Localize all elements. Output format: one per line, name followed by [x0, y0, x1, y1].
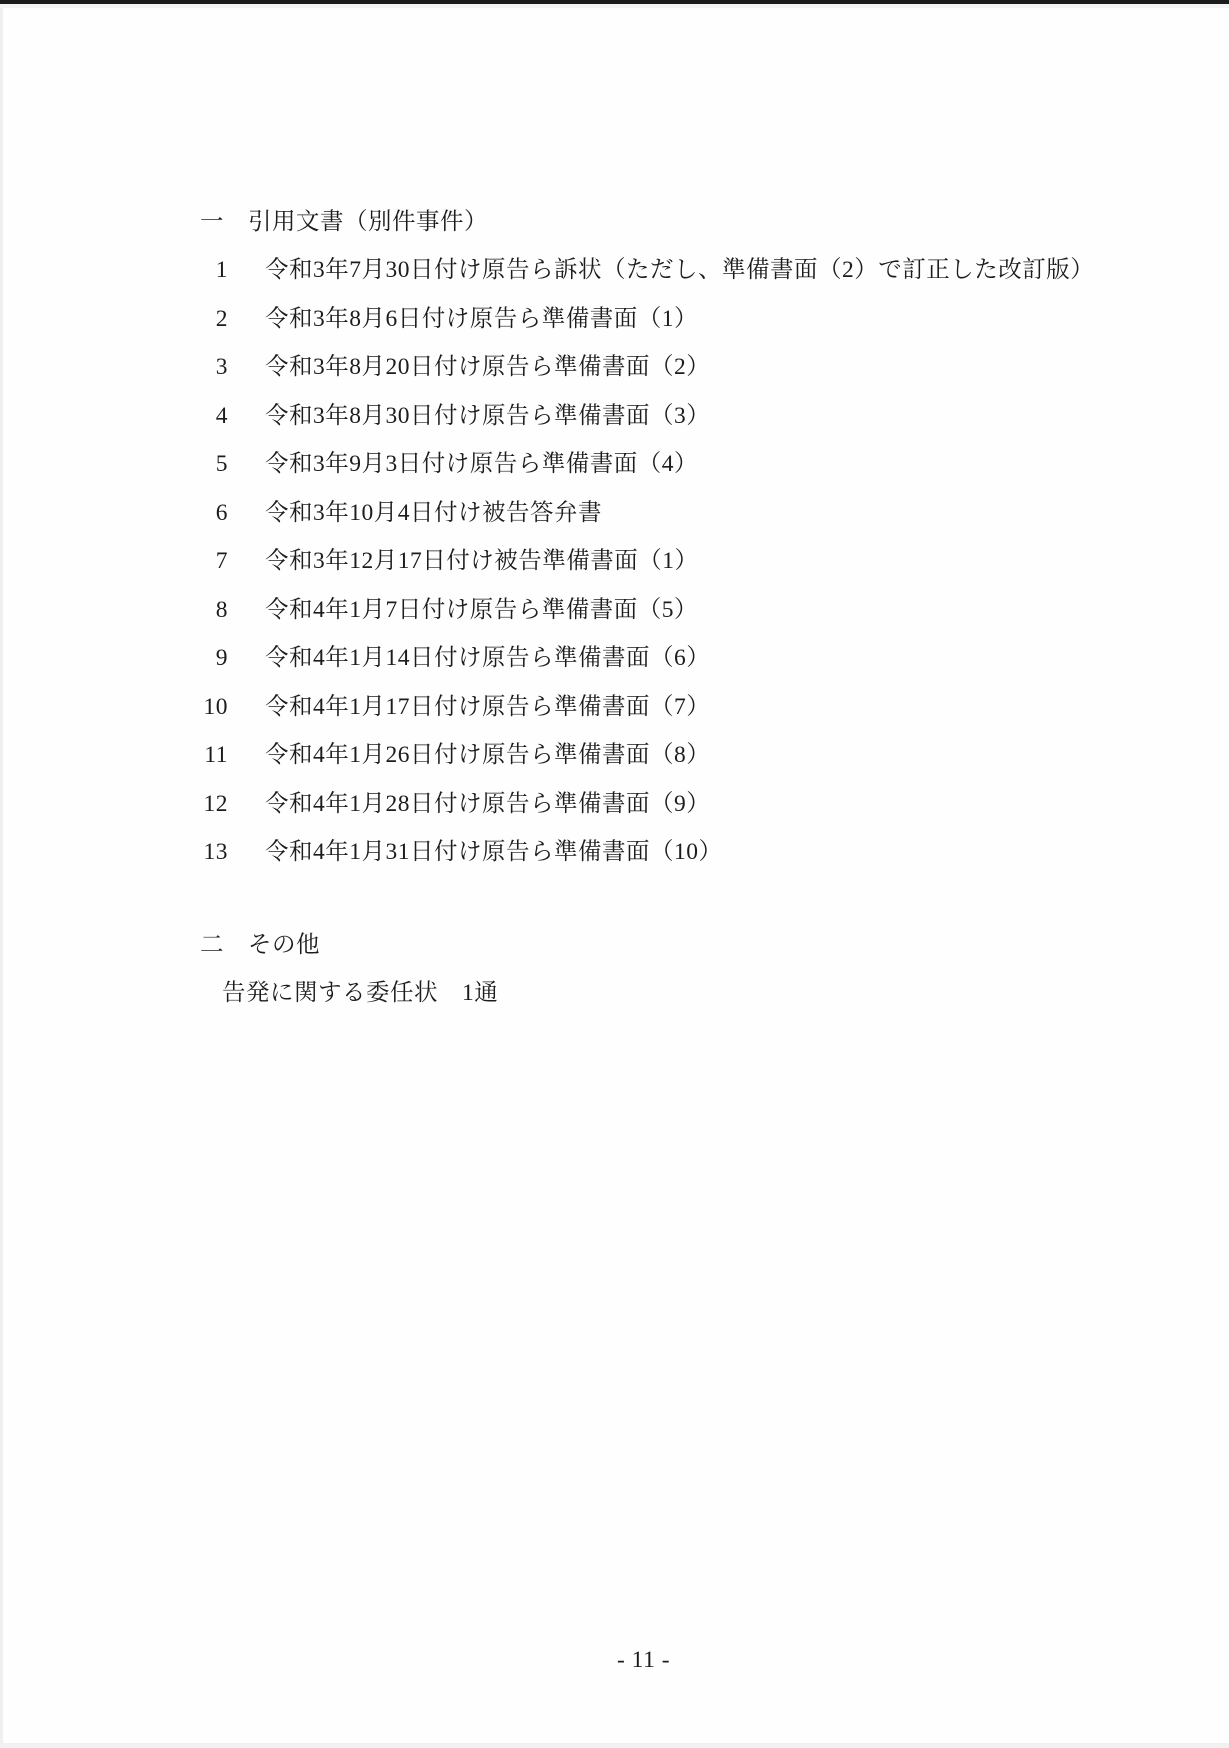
- section-1-title: 引用文書（別件事件）: [248, 209, 488, 235]
- scan-top-gray-strip: [0, 4, 1229, 8]
- item-number: 12: [0, 780, 228, 829]
- item-number: 11: [0, 731, 228, 780]
- item-number: 8: [0, 586, 228, 635]
- item-text: 令和4年1月31日付け原告ら準備書面（10）: [265, 839, 723, 865]
- item-number: 10: [0, 683, 228, 732]
- item-number: 4: [0, 392, 228, 441]
- item-number: 7: [0, 537, 228, 586]
- section-2-title: その他: [248, 932, 320, 958]
- list-item: 11令和4年1月26日付け原告ら準備書面（8）: [0, 731, 1229, 780]
- section-2-heading: 二その他: [200, 930, 320, 960]
- list-item: 10令和4年1月17日付け原告ら準備書面（7）: [0, 683, 1229, 732]
- list-item: 5令和3年9月3日付け原告ら準備書面（4）: [0, 440, 1229, 489]
- item-number: 3: [0, 343, 228, 392]
- item-text: 令和4年1月14日付け原告ら準備書面（6）: [265, 645, 710, 671]
- item-text: 令和3年7月30日付け原告ら訴状（ただし、準備書面（2）で訂正した改訂版）: [265, 257, 1094, 283]
- list-item: 9令和4年1月14日付け原告ら準備書面（6）: [0, 634, 1229, 683]
- list-item: 6令和3年10月4日付け被告答弁書: [0, 489, 1229, 538]
- list-item: 12令和4年1月28日付け原告ら準備書面（9）: [0, 780, 1229, 829]
- list-item: 4令和3年8月30日付け原告ら準備書面（3）: [0, 392, 1229, 441]
- item-text: 令和3年8月6日付け原告ら準備書面（1）: [265, 306, 698, 332]
- section-1-marker: 一: [200, 207, 248, 237]
- scan-bottom-edge: [0, 1743, 1229, 1748]
- list-item: 8令和4年1月7日付け原告ら準備書面（5）: [0, 586, 1229, 635]
- section-1-heading: 一引用文書（別件事件）: [200, 207, 488, 237]
- item-text: 令和4年1月28日付け原告ら準備書面（9）: [265, 791, 710, 817]
- section-2-marker: 二: [200, 930, 248, 960]
- cited-documents-list: 1令和3年7月30日付け原告ら訴状（ただし、準備書面（2）で訂正した改訂版）2令…: [0, 246, 1229, 877]
- item-number: 9: [0, 634, 228, 683]
- item-text: 令和3年9月3日付け原告ら準備書面（4）: [265, 451, 698, 477]
- list-item: 7令和3年12月17日付け被告準備書面（1）: [0, 537, 1229, 586]
- section-2-body: 告発に関する委任状 1通: [222, 978, 498, 1008]
- item-text: 令和4年1月17日付け原告ら準備書面（7）: [265, 694, 710, 720]
- item-text: 令和3年12月17日付け被告準備書面（1）: [265, 548, 699, 574]
- list-item: 1令和3年7月30日付け原告ら訴状（ただし、準備書面（2）で訂正した改訂版）: [0, 246, 1229, 295]
- item-number: 5: [0, 440, 228, 489]
- item-text: 令和4年1月26日付け原告ら準備書面（8）: [265, 742, 710, 768]
- list-item: 13令和4年1月31日付け原告ら準備書面（10）: [0, 828, 1229, 877]
- item-text: 令和3年10月4日付け被告答弁書: [265, 500, 602, 526]
- item-text: 令和3年8月30日付け原告ら準備書面（3）: [265, 403, 710, 429]
- page-number: - 11 -: [0, 1645, 1229, 1675]
- list-item: 3令和3年8月20日付け原告ら準備書面（2）: [0, 343, 1229, 392]
- list-item: 2令和3年8月6日付け原告ら準備書面（1）: [0, 295, 1229, 344]
- item-number: 13: [0, 828, 228, 877]
- item-text: 令和3年8月20日付け原告ら準備書面（2）: [265, 354, 710, 380]
- item-number: 6: [0, 489, 228, 538]
- item-number: 1: [0, 246, 228, 295]
- item-text: 令和4年1月7日付け原告ら準備書面（5）: [265, 597, 698, 623]
- item-number: 2: [0, 295, 228, 344]
